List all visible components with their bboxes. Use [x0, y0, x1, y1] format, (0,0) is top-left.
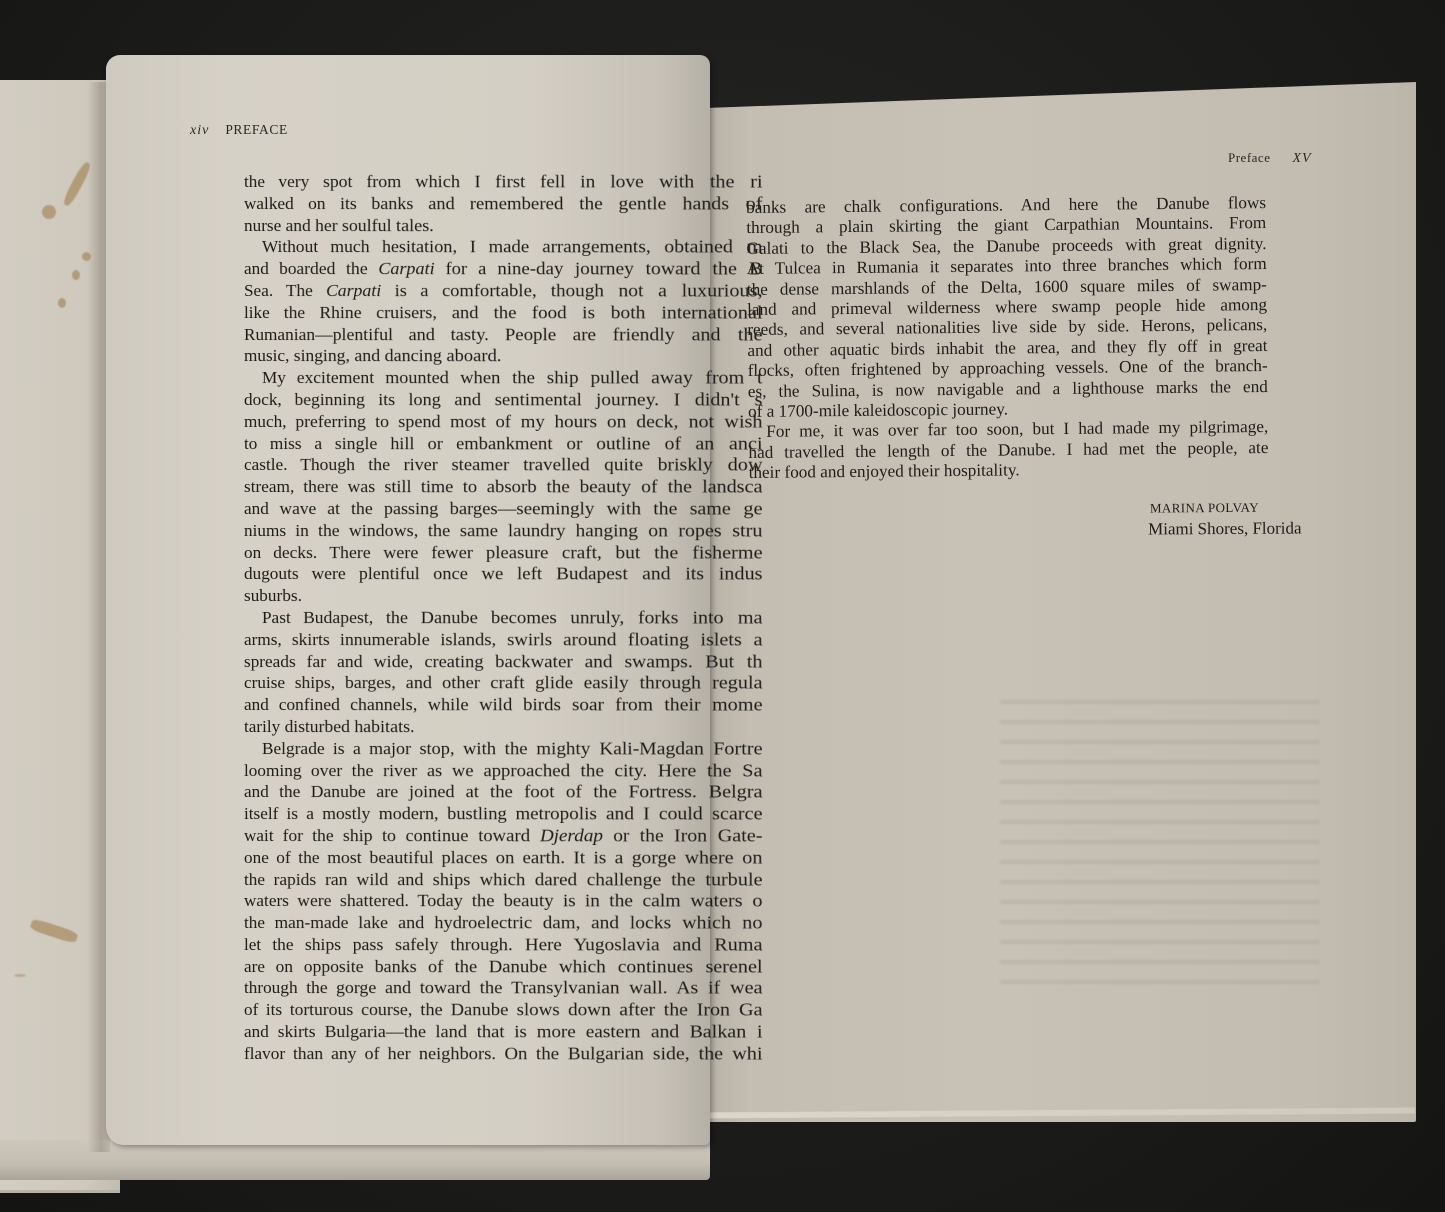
text-line: castle. Though the river steamer travell…: [244, 453, 763, 477]
text-line: like the Rhine cruisers, and the food is…: [244, 301, 763, 325]
text-line: one of the most beautiful places on eart…: [244, 846, 763, 870]
text-line: and boarded the Carpati for a nine-day j…: [244, 257, 763, 281]
text-line: wait for the ship to continue toward Dje…: [244, 824, 763, 848]
text-line: and wave at the passing barges—seemingly…: [244, 497, 763, 521]
right-page-number: XV: [1292, 151, 1311, 166]
right-running-head-title: Preface: [1228, 150, 1270, 165]
text-line: the man-made lake and hydroelectric dam,…: [244, 911, 763, 935]
text-line: Sea. The Carpati is a comfortable, thoug…: [244, 279, 763, 303]
stain-mark: [72, 270, 80, 280]
text-line: Past Budapest, the Danube becomes unruly…: [244, 606, 763, 630]
text-line: on decks. There were fewer pleasure craf…: [244, 541, 763, 565]
text-line: tarily disturbed habitats.: [244, 715, 763, 739]
text-line: to miss a single hill or embankment or o…: [244, 432, 763, 456]
text-line: stream, there was still time to absorb t…: [244, 475, 763, 499]
text-line: dock, beginning its long and sentimental…: [244, 388, 763, 412]
text-line: through the gorge and toward the Transyl…: [244, 976, 763, 1000]
author-name: MARINA POLVAY: [1150, 499, 1302, 516]
left-page-body: the very spot from which I first fell in…: [244, 171, 722, 1065]
stain-mark: [29, 918, 78, 944]
text-line: Without much hesitation, I made arrangem…: [244, 235, 763, 259]
signature-block: MARINA POLVAY Miami Shores, Florida: [1148, 499, 1302, 539]
stain-mark: [58, 298, 66, 308]
text-line: arms, skirts innumerable islands, swirls…: [244, 628, 763, 652]
text-line: and the Danube are joined at the foot of…: [244, 780, 763, 804]
text-line: suburbs.: [244, 584, 763, 608]
text-line: itself is a mostly modern, bustling metr…: [244, 802, 763, 826]
text-line: nurse and her soulful tales.: [244, 214, 763, 238]
text-line: My excitement mounted when the ship pull…: [244, 366, 763, 390]
text-line: niums in the windows, the same laundry h…: [244, 519, 763, 543]
text-line: the very spot from which I first fell in…: [244, 170, 763, 194]
author-location: Miami Shores, Florida: [1148, 518, 1302, 539]
text-line: flavor than any of her neighbors. On the…: [244, 1042, 763, 1066]
text-line: much, preferring to spend most of my hou…: [244, 410, 763, 434]
left-page-number: xiv: [190, 123, 209, 138]
text-line: let the ships pass safely through. Here …: [244, 933, 763, 957]
text-line: of its torturous course, the Danube slow…: [244, 998, 763, 1022]
text-line: are on opposite banks of the Danube whic…: [244, 955, 763, 979]
text-line: Rumanian—plentiful and tasty. People are…: [244, 323, 763, 347]
stain-mark: [42, 205, 56, 219]
text-line: the rapids ran wild and ships which dare…: [244, 868, 763, 892]
text-line: spreads far and wide, creating backwater…: [244, 650, 763, 674]
text-line: music, singing, and dancing aboard.: [244, 344, 763, 368]
text-line: cruise ships, barges, and other craft gl…: [244, 671, 763, 695]
text-line: and confined channels, while wild birds …: [244, 693, 763, 717]
right-page-body: banks are chalk configurations. And here…: [746, 193, 1269, 484]
left-running-head: xiv PREFACE: [190, 122, 288, 139]
text-line: Belgrade is a major stop, with the might…: [244, 737, 763, 761]
text-line: dugouts were plentiful once we left Buda…: [244, 562, 763, 586]
left-running-head-title: PREFACE: [225, 122, 287, 137]
text-line: looming over the river as we approached …: [244, 759, 763, 783]
text-line: waters were shattered. Today the beauty …: [244, 889, 763, 913]
right-running-head: Preface XV: [1228, 150, 1312, 167]
text-line: walked on its banks and remembered the g…: [244, 192, 763, 216]
stain-mark: [14, 974, 26, 977]
text-line: and skirts Bulgaria—the land that is mor…: [244, 1020, 763, 1044]
